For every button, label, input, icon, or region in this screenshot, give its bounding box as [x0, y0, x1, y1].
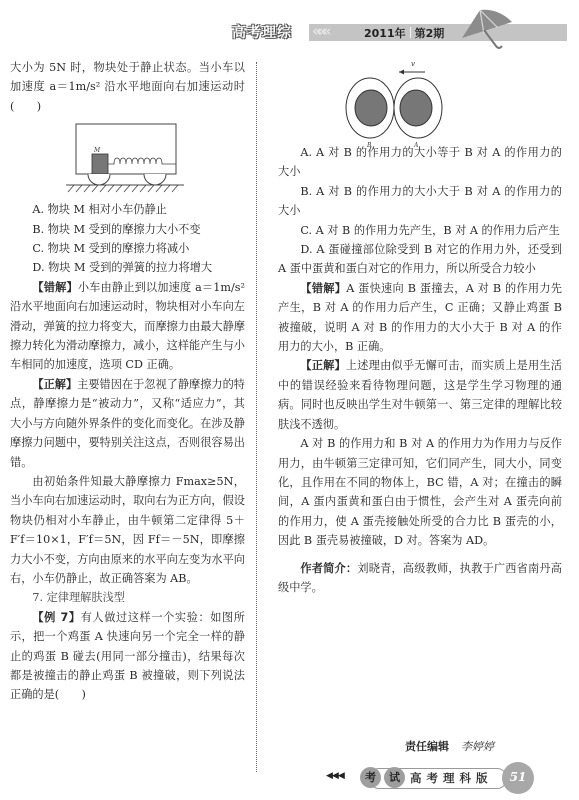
- correct-solution: 【正解】主要错因在于忽视了静摩擦力的特点，静摩擦力是“被动力”，又称“适应力”，…: [10, 375, 245, 472]
- option-a: A. 物块 M 相对小车仍静止: [10, 200, 245, 219]
- page-number: 51: [502, 762, 534, 794]
- header-issue: 2011年第2期: [364, 25, 444, 41]
- option-d: D. A 蛋碰撞部位除受到 B 对它的作用力外，还受到 A 蛋中蛋黄和蛋白对它的…: [278, 240, 562, 279]
- correct-label: 【正解】: [32, 378, 77, 391]
- wrong-label: 【错解】: [32, 281, 77, 294]
- option-c: C. A 对 B 的作用力先产生，B 对 A 的作用力后产生: [278, 221, 562, 240]
- option-b: B. 物块 M 受到的摩擦力大小不变: [10, 220, 245, 239]
- left-column: 大小为 5N 时，物块处于静止状态。当小车以加速度 a＝1m/s² 沿水平地面向…: [10, 58, 245, 705]
- example-7: 【例 7】有人做过这样一个实验：如图所示，把一个鸡蛋 A 快速向另一个完全一样的…: [10, 608, 245, 705]
- correct-text: 主要错因在于忽视了静摩擦力的特点，静摩擦力是“被动力”，又称“适应力”，其大小与…: [10, 378, 245, 469]
- author-label: 作者简介：: [300, 562, 357, 575]
- chevrons-icon: «««: [312, 22, 328, 40]
- section-title: 7. 定律理解肤浅型: [10, 588, 245, 607]
- correct-label: 【正解】: [300, 359, 346, 372]
- editor-credit: 责任编辑李婷婷: [405, 738, 494, 754]
- wrong-label: 【错解】: [300, 282, 346, 295]
- issue-separator: [410, 27, 411, 38]
- right-column: A. A 对 B 的作用力的大小等于 B 对 A 的作用力的大小 B. A 对 …: [278, 143, 562, 597]
- editor-label: 责任编辑: [405, 740, 449, 753]
- wrong-text: 小车由静止到以加速度 a＝1m/s² 沿水平地面向右加速运动时，物块相对小车向左…: [10, 281, 245, 372]
- example-label: 【例 7】: [32, 611, 80, 624]
- footer: ◀◀◀ 考 试 高考理科版 51: [326, 762, 556, 794]
- egg-collision-figure: v B A: [343, 58, 448, 148]
- example-text: 有人做过这样一个实验：如图所示，把一个鸡蛋 A 快速向另一个完全一样的静止的鸡蛋…: [10, 611, 245, 702]
- footer-brand: 高考理科版: [410, 770, 493, 786]
- issue-number: 第2期: [415, 27, 445, 40]
- correct-solution: 【正解】上述理由似乎无懈可击，而实质上是用生活中的错误经验来看待物理问题，这是学…: [278, 356, 562, 434]
- wrong-solution: 【错解】小车由静止到以加速度 a＝1m/s² 沿水平地面向右加速运动时，物块相对…: [10, 278, 245, 375]
- header-journal-title: 高考理综: [232, 22, 292, 42]
- option-c: C. 物块 M 受到的摩擦力将减小: [10, 239, 245, 258]
- velocity-label: v: [411, 60, 415, 68]
- issue-year: 2011年: [364, 27, 406, 40]
- triple-arrow-icon: ◀◀◀: [326, 771, 344, 781]
- author-bio: 作者简介：刘晓青，高级教师，执教于广西省南丹高级中学。: [278, 559, 562, 598]
- wrong-solution: 【错解】A 蛋快速向 B 蛋撞去，A 对 B 的作用力先产生，B 对 A 的作用…: [278, 279, 562, 357]
- footer-circle-shi: 试: [384, 767, 405, 788]
- cart-spring-figure: M: [62, 122, 186, 196]
- option-d: D. 物块 M 受到的弹簧的拉力将增大: [10, 258, 245, 277]
- option-b: B. A 对 B 的作用力的大小大于 B 对 A 的作用力的大小: [278, 182, 562, 221]
- column-divider: [256, 62, 257, 772]
- editor-name: 李婷婷: [461, 740, 494, 753]
- option-a: A. A 对 B 的作用力的大小等于 B 对 A 的作用力的大小: [278, 143, 562, 182]
- question-intro: 大小为 5N 时，物块处于静止状态。当小车以加速度 a＝1m/s² 沿水平地面向…: [10, 58, 245, 116]
- footer-circle-kao: 考: [360, 767, 381, 788]
- analysis-paragraph: A 对 B 的作用力和 B 对 A 的作用力为作用力与反作用力，由牛顿第三定律可…: [278, 434, 562, 550]
- analysis-paragraph: 由初始条件知最大静摩擦力 Fmax≥5N，当小车向右加速运动时，取向右为正方向，…: [10, 472, 245, 588]
- umbrella-icon: [458, 6, 514, 52]
- svg-text:M: M: [93, 147, 101, 154]
